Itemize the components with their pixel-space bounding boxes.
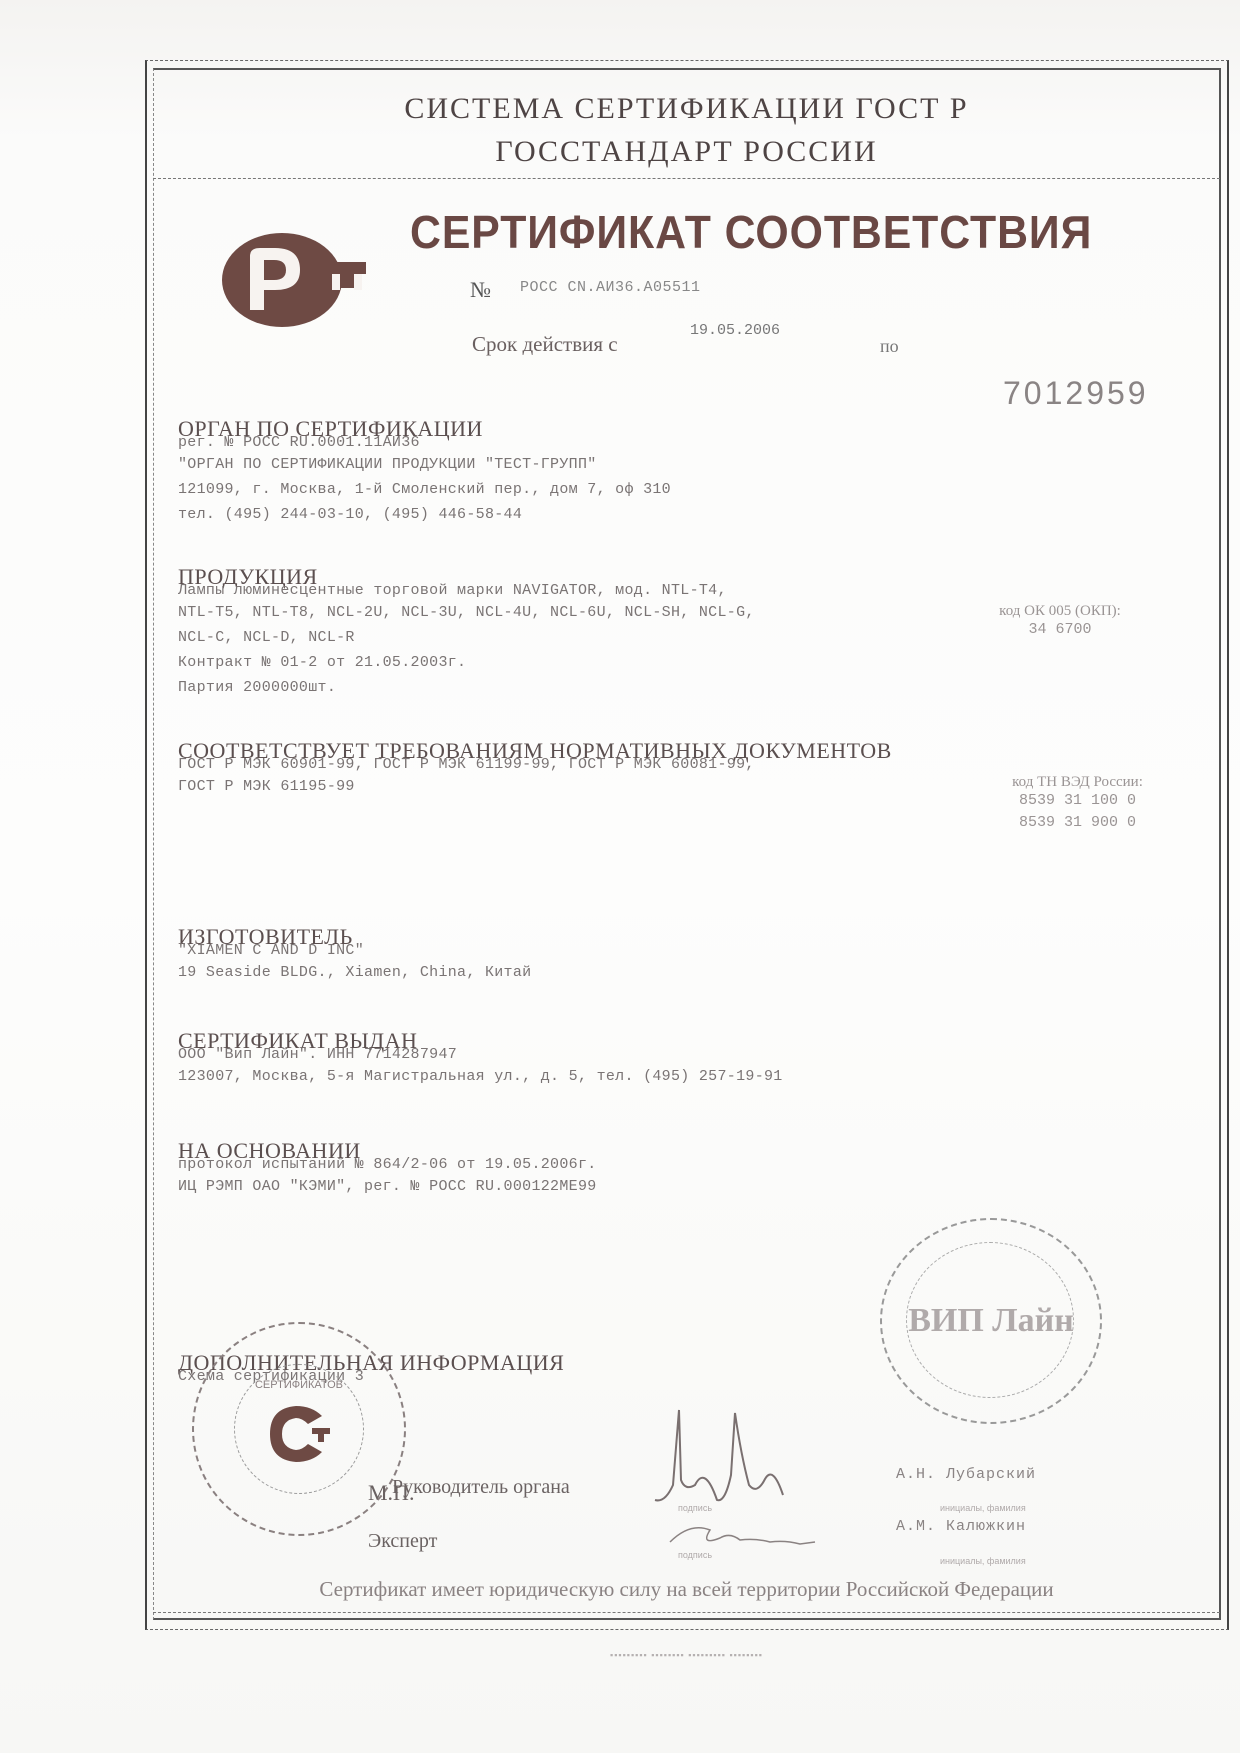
section-line: 123007, Москва, 5-я Магистральная ул., д…	[178, 1064, 783, 1089]
section-line: Контракт № 01-2 от 21.05.2003г.	[178, 650, 755, 675]
certificate-page: СИСТЕМА СЕРТИФИКАЦИИ ГОСТ Р ГОССТАНДАРТ …	[0, 0, 1240, 1753]
section-line: тел. (495) 244-03-10, (495) 446-58-44	[178, 502, 671, 527]
company-stamp-text: ВИП Лайн	[882, 1302, 1100, 1340]
okp-code-block: код ОК 005 (ОКП): 34 6700	[955, 603, 1165, 641]
section-line: "XIAMEN C AND D INC"	[178, 942, 531, 960]
valid-from-date: 19.05.2006	[690, 322, 780, 339]
section-manufacturer: ИЗГОТОВИТЕЛЬ "XIAMEN C AND D INC" 19 Sea…	[178, 926, 531, 985]
section-line: Лампы люминесцентные торговой марки NAVI…	[178, 582, 755, 600]
tnved-code-label: код ТН ВЭД России:	[970, 774, 1185, 790]
header-divider	[153, 178, 1220, 179]
certificate-number: РОСС CN.АИ36.А05511	[520, 279, 701, 296]
tnved-code-block: код ТН ВЭД России: 8539 31 100 0 8539 31…	[970, 774, 1185, 834]
rst-logo-icon	[220, 228, 370, 328]
section-compliance: СООТВЕТСТВУЕТ ТРЕБОВАНИЯМ НОРМАТИВНЫХ ДО…	[178, 740, 892, 799]
head-signature-caption: подпись	[678, 1503, 712, 1513]
expert-name: А.М. Калюжкин	[896, 1518, 1026, 1535]
section-line: NTL-T5, NTL-T8, NCL-2U, NCL-3U, NCL-4U, …	[178, 600, 755, 625]
section-product: ПРОДУКЦИЯ Лампы люминесцентные торговой …	[178, 566, 755, 700]
head-of-body-label: Руководитель органа	[392, 1476, 570, 1499]
expert-signature-caption: подпись	[678, 1550, 712, 1560]
validity-label: Срок действия с	[472, 332, 618, 357]
section-line: 121099, г. Москва, 1-й Смоленский пер., …	[178, 477, 671, 502]
section-line: ГОСТ Р МЭК 61195-99	[178, 774, 892, 799]
stamp-rst-logo-icon	[264, 1404, 334, 1464]
head-name: А.Н. Лубарский	[896, 1466, 1036, 1483]
valid-to-label: по	[880, 336, 899, 357]
section-line: 19 Seaside BLDG., Xiamen, China, Китай	[178, 960, 531, 985]
okp-code-value: 34 6700	[955, 619, 1165, 641]
certification-stamp-text: СЕРТИФИКАТОВ	[194, 1379, 404, 1391]
serial-number: 7012959	[1003, 375, 1149, 412]
section-certification-body: ОРГАН ПО СЕРТИФИКАЦИИ рег. № РОСС RU.000…	[178, 418, 671, 527]
section-heading: НА ОСНОВАНИИ	[178, 1140, 597, 1156]
section-line: ООО "Вип Лайн". ИНН 7714287947	[178, 1046, 783, 1064]
section-issued-to: СЕРТИФИКАТ ВЫДАН ООО "Вип Лайн". ИНН 771…	[178, 1030, 783, 1089]
okp-code-label: код ОК 005 (ОКП):	[955, 603, 1165, 619]
tnved-code-value: 8539 31 900 0	[970, 812, 1185, 834]
number-label: №	[470, 277, 491, 303]
section-heading: СООТВЕТСТВУЕТ ТРЕБОВАНИЯМ НОРМАТИВНЫХ ДО…	[178, 740, 892, 756]
company-stamp: ВИП Лайн	[880, 1218, 1102, 1424]
section-line: ИЦ РЭМП ОАО "КЭМИ", рег. № РОСС RU.00012…	[178, 1174, 597, 1199]
section-heading: ПРОДУКЦИЯ	[178, 566, 755, 582]
expert-name-caption: инициалы, фамилия	[940, 1556, 1026, 1566]
expert-label: Эксперт	[368, 1530, 437, 1553]
head-signature-icon	[645, 1405, 795, 1505]
section-heading: СЕРТИФИКАТ ВЫДАН	[178, 1030, 783, 1046]
document-title: СЕРТИФИКАТ СООТВЕТСТВИЯ	[410, 205, 1092, 259]
footer-divider	[153, 1612, 1220, 1613]
legal-footer-note: Сертификат имеет юридическую силу на все…	[153, 1577, 1220, 1602]
expert-signature-icon	[660, 1512, 820, 1552]
section-line: "ОРГАН ПО СЕРТИФИКАЦИИ ПРОДУКЦИИ "ТЕСТ-Г…	[178, 452, 671, 477]
section-heading: ОРГАН ПО СЕРТИФИКАЦИИ	[178, 418, 671, 434]
head-name-caption: инициалы, фамилия	[940, 1503, 1026, 1513]
printer-imprint: ▪▪▪▪▪▪▪▪▪ ▪▪▪▪▪▪▪▪ ▪▪▪▪▪▪▪▪▪ ▪▪▪▪▪▪▪▪	[153, 1650, 1220, 1660]
agency-title: ГОССТАНДАРТ РОССИИ	[153, 135, 1220, 169]
section-basis: НА ОСНОВАНИИ протокол испытаний № 864/2-…	[178, 1140, 597, 1199]
section-heading: ИЗГОТОВИТЕЛЬ	[178, 926, 531, 942]
system-title: СИСТЕМА СЕРТИФИКАЦИИ ГОСТ Р	[153, 92, 1220, 126]
tnved-code-value: 8539 31 100 0	[970, 790, 1185, 812]
section-line: Партия 2000000шт.	[178, 675, 755, 700]
section-line: NCL-C, NCL-D, NCL-R	[178, 625, 755, 650]
section-line: протокол испытаний № 864/2-06 от 19.05.2…	[178, 1156, 597, 1174]
